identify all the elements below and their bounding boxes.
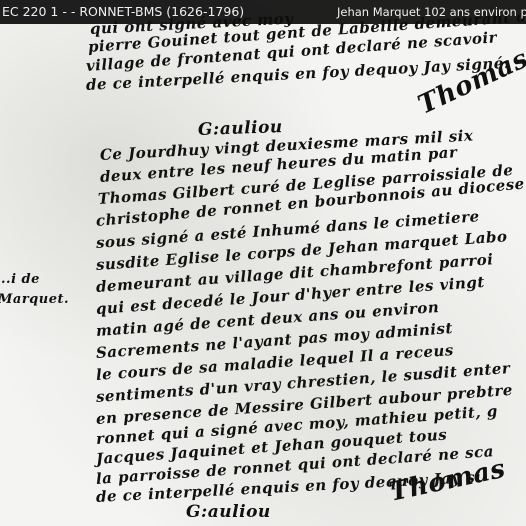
margin-note-line: ...i de xyxy=(0,272,40,287)
document-image-viewer[interactable]: EC 220 1 - - RONNET-BMS (1626-1796) Jeha… xyxy=(0,0,526,526)
page-annotation: Jehan Marquet 102 ans environ pag xyxy=(337,0,526,24)
entry-heading: G:auliou xyxy=(186,502,271,522)
register-title: EC 220 1 - - RONNET-BMS (1626-1796) xyxy=(2,0,244,24)
document-caption-bar: EC 220 1 - - RONNET-BMS (1626-1796) Jeha… xyxy=(0,0,526,24)
margin-note-line: Marquet. xyxy=(0,292,69,307)
